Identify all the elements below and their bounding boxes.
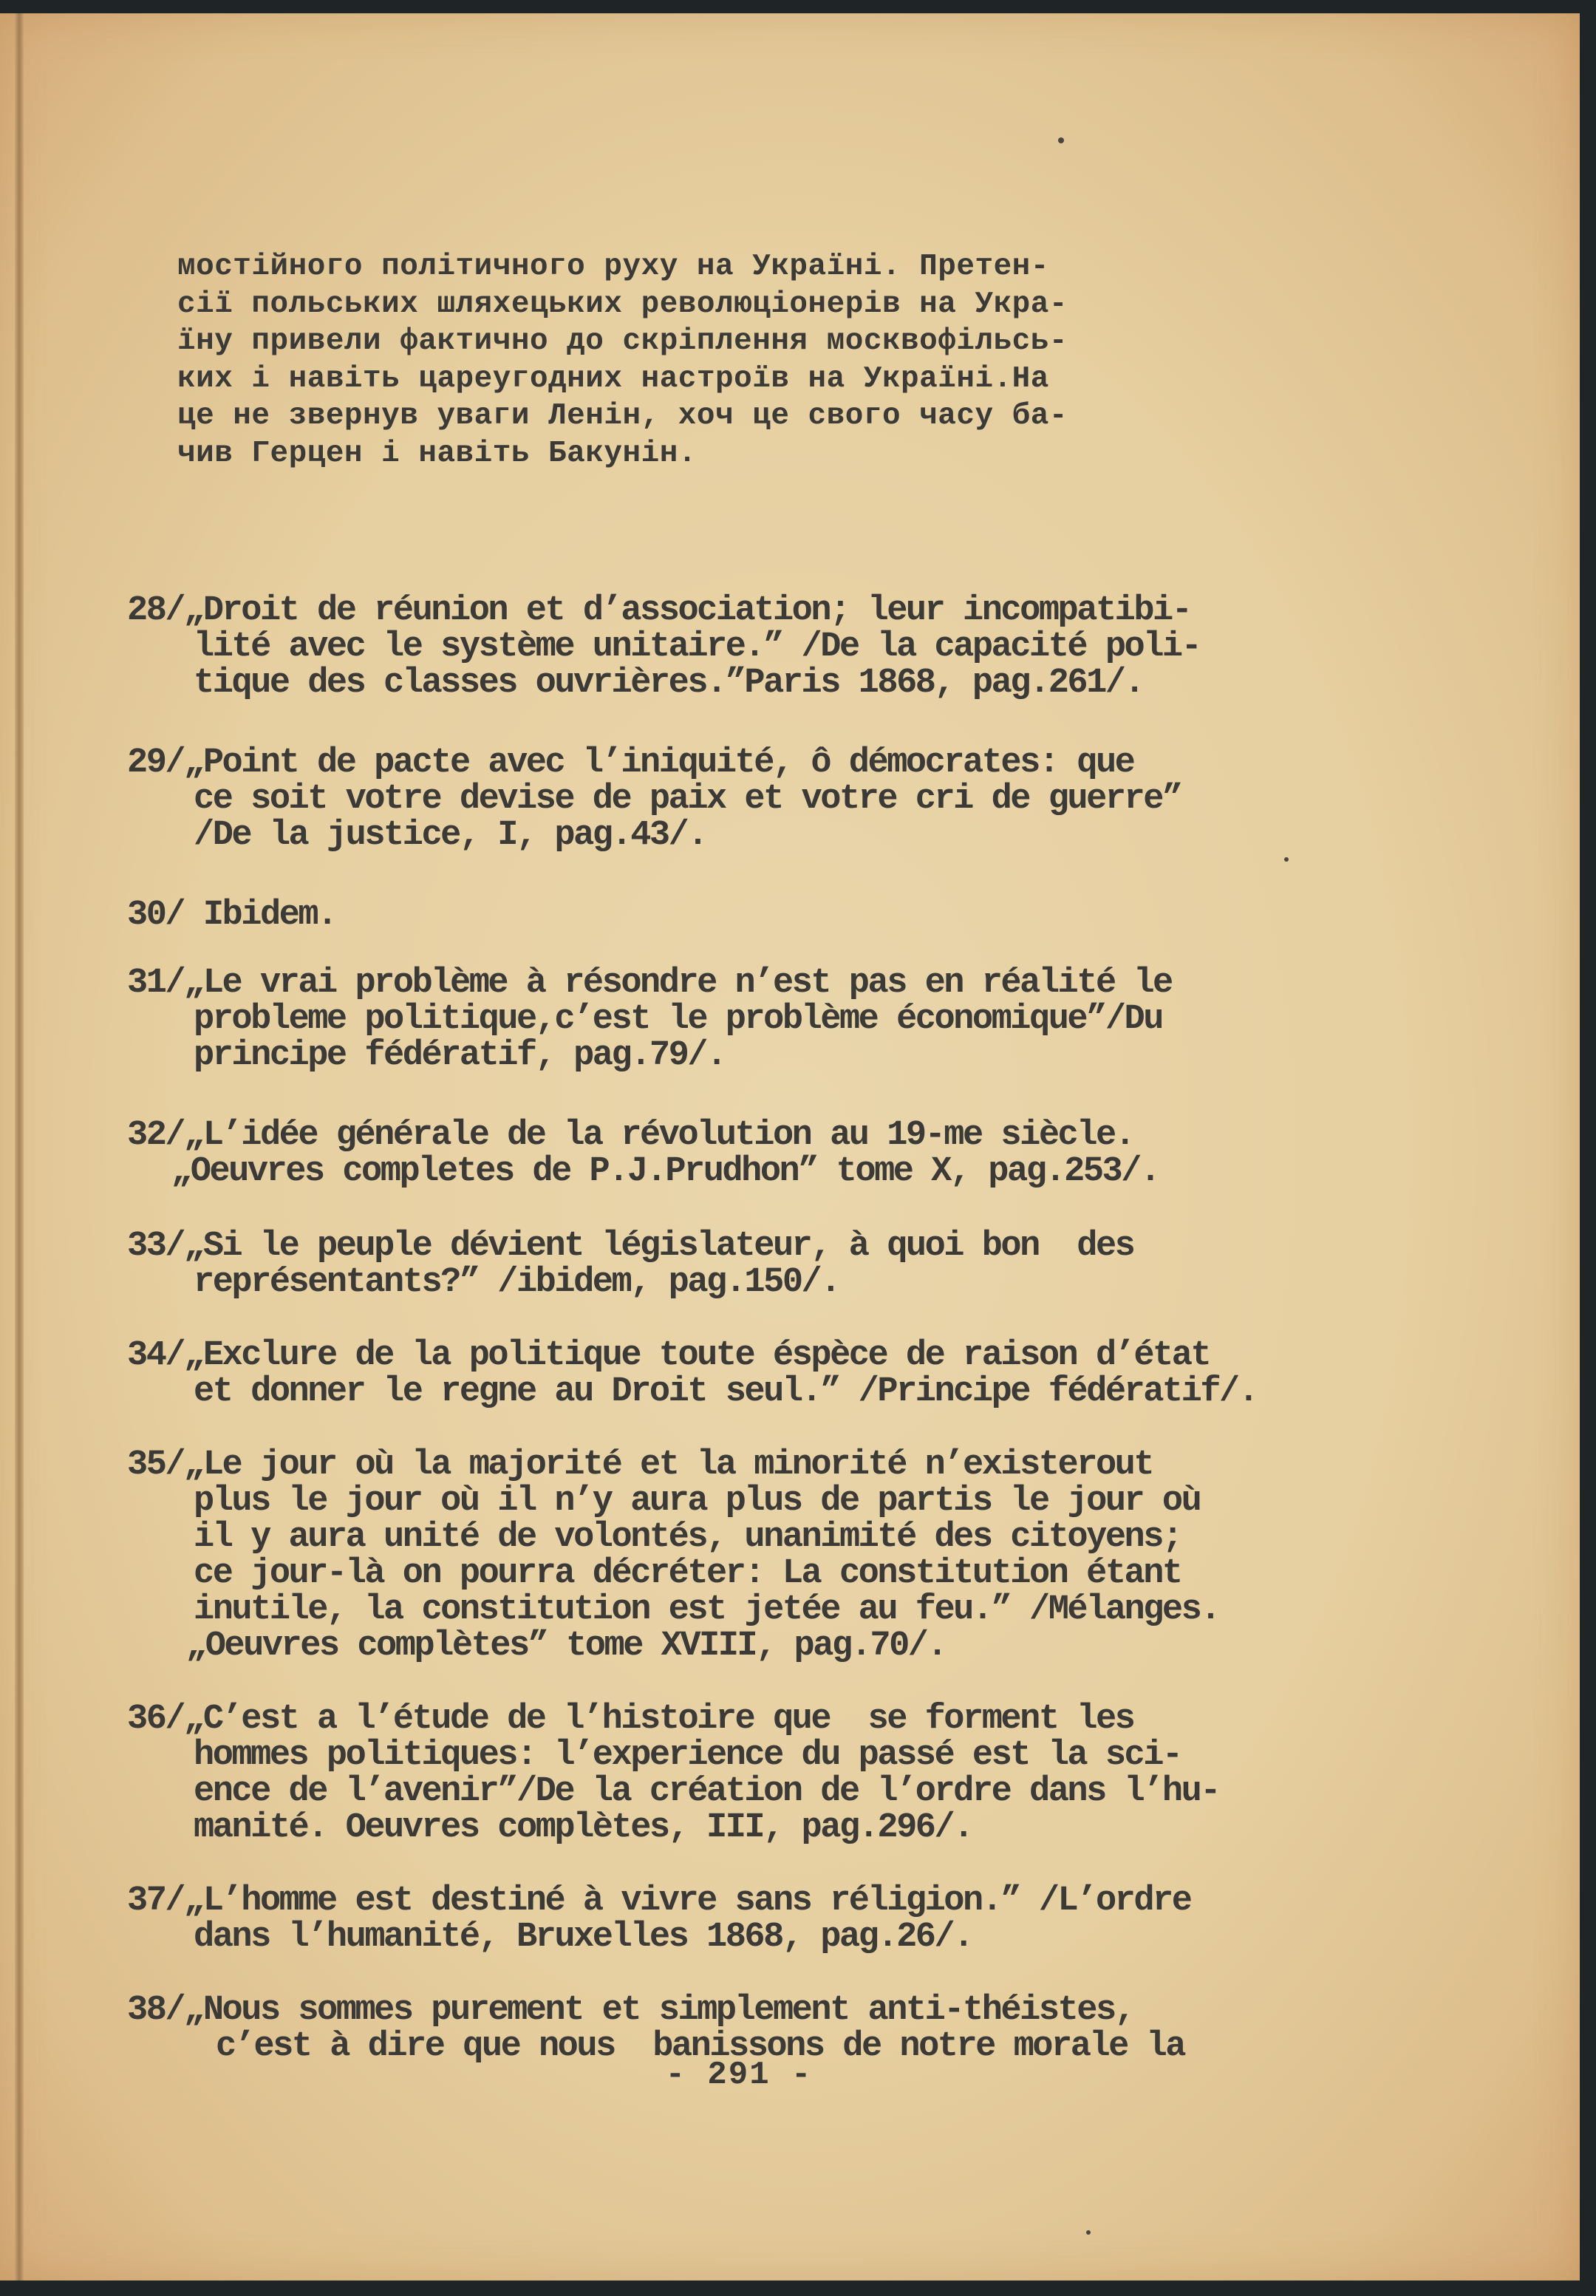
footnote-number: 36/ [127,1700,184,1739]
ukrainian-paragraph: мостійного політичного руху на Україні. … [177,248,1068,472]
ukr-line: їну привели фактично до скріплення москв… [177,323,1068,361]
footnote-line: 35/„Le jour où la majorité et la minorit… [127,1447,1219,1483]
footnote-text: „Le jour où la majorité et la minorité n… [184,1445,1153,1485]
footnote-text: ence de l’avenir”/De la création de l’or… [127,1774,1219,1810]
footnote-text: „Nous sommes purement et simplement anti… [184,1991,1133,2030]
footnote-text: „Droit de réunion et d’association; leur… [184,591,1190,630]
scan-speck [1058,137,1064,143]
footnote-number: 34/ [127,1336,184,1375]
footnote-text: lité avec le système unitaire.” /De la c… [127,629,1200,665]
scan-speck [1086,2230,1091,2235]
footnote-text: il y aura unité de volontés, unanimité d… [127,1519,1219,1556]
footnote-number: 31/ [127,964,184,1003]
footnote-text: „L’idée générale de la révolution au 19-… [184,1116,1133,1155]
footnote-line: 34/„Exclure de la politique toute éspèce… [127,1338,1257,1374]
footnote-number: 29/ [127,743,184,783]
footnote-number: 37/ [127,1881,184,1921]
footnote-text: „L’homme est destiné à vivre sans réligi… [184,1881,1190,1921]
ukr-line: ких і навіть цареугодних настроїв на Укр… [177,361,1068,398]
scan-speck [1284,857,1289,862]
footnote-line: 33/„Si le peuple dévient législateur, à … [127,1228,1133,1264]
footnote-text: ce jour-là on pourra décréter: La consti… [127,1556,1219,1592]
footnote-text: „Le vrai problème à résondre n’est pas e… [184,964,1172,1003]
footnote-line: 32/„L’idée générale de la révolution au … [127,1117,1159,1154]
ukr-line: чив Герцен і навіть Бакунін. [177,435,1068,473]
page-spine [15,13,24,2280]
page-number: - 291 - [0,2057,1478,2094]
footnote-text: inutile, la constitution est jetée au fe… [127,1592,1219,1628]
footnote-line: 29/„Point de pacte avec l’iniquité, ô dé… [127,745,1181,781]
footnote-line: 28/„Droit de réunion et d’association; l… [127,593,1200,629]
footnote-38: 38/„Nous sommes purement et simplement a… [127,1920,1184,2137]
footnote-number: 32/ [127,1116,184,1155]
footnote-line: 38/„Nous sommes purement et simplement a… [127,1992,1184,2028]
footnote-number: 28/ [127,591,184,630]
footnote-text: „Si le peuple dévient législateur, à quo… [184,1227,1133,1266]
footnote-text: „C’est a l’étude de l’histoire que se fo… [184,1700,1133,1739]
footnote-text: probleme politique,c’est le problème éco… [127,1001,1172,1038]
footnote-number: 38/ [127,1991,184,2030]
ukr-line: сії польських шляхецьких революціонерів … [177,286,1068,324]
footnote-text: hommes politiques: l’experience du passé… [127,1737,1219,1774]
footnote-line: 37/„L’homme est destiné à vivre sans rél… [127,1883,1190,1919]
footnote-line: 31/„Le vrai problème à résondre n’est pa… [127,965,1172,1001]
footnote-text: „Exclure de la politique toute éspèce de… [184,1336,1210,1375]
footnote-line: 36/„C’est a l’étude de l’histoire que se… [127,1701,1219,1737]
footnote-text: ce soit votre devise de paix et votre cr… [127,781,1181,817]
ukr-line: це не звернув уваги Ленін, хоч це свого … [177,398,1068,435]
footnote-number: 33/ [127,1227,184,1266]
footnote-text: plus le jour où il n’y aura plus de part… [127,1483,1219,1519]
ukr-line: мостійного політичного руху на Україні. … [177,248,1068,286]
footnote-text: „Point de pacte avec l’iniquité, ô démoc… [184,743,1133,783]
scanned-page: мостійного політичного руху на Україні. … [0,13,1580,2280]
footnote-number: 35/ [127,1445,184,1485]
